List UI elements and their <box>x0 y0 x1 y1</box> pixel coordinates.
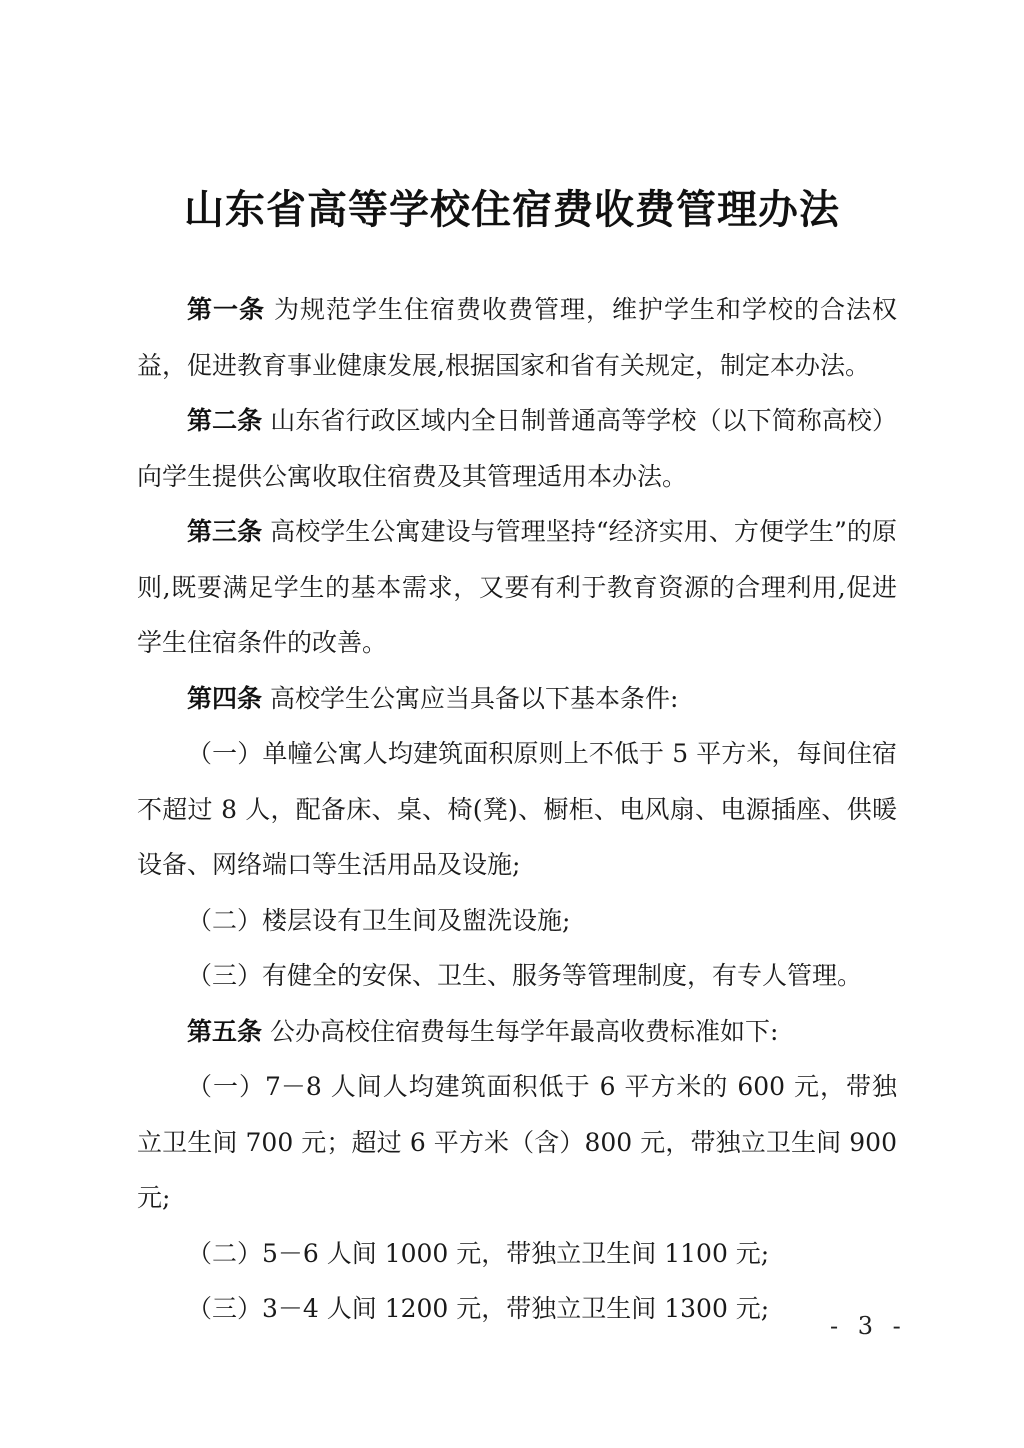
item-text: （三）3－4 人间 1200 元，带独立卫生间 1300 元; <box>187 1294 769 1323</box>
article-text: 公办高校住宿费每生每学年最高收费标准如下: <box>262 1017 778 1046</box>
document-title: 山东省高等学校住宿费收费管理办法 <box>0 180 1024 240</box>
article-label: 第五条 <box>187 1017 262 1046</box>
item-text: （二）5－6 人间 1000 元，带独立卫生间 1100 元; <box>187 1239 769 1268</box>
item-text: （二）楼层设有卫生间及盥洗设施; <box>187 906 570 935</box>
article-1: 第一条 为规范学生住宿费收费管理，维护学生和学校的合法权益，促进教育事业健康发展… <box>137 282 897 393</box>
article-3: 第三条 高校学生公寓建设与管理坚持“经济实用、方便学生”的原则,既要满足学生的基… <box>137 504 897 671</box>
article-5-item-1: （一）7－8 人间人均建筑面积低于 6 平方米的 600 元，带独立卫生间 70… <box>137 1059 897 1226</box>
item-text: （三）有健全的安保、卫生、服务等管理制度，有专人管理。 <box>187 961 862 990</box>
article-label: 第四条 <box>187 684 262 713</box>
article-2: 第二条 山东省行政区域内全日制普通高等学校（以下简称高校）向学生提供公寓收取住宿… <box>137 393 897 504</box>
article-label: 第三条 <box>187 517 262 546</box>
article-4-item-3: （三）有健全的安保、卫生、服务等管理制度，有专人管理。 <box>137 948 897 1004</box>
item-text: （一）单幢公寓人均建筑面积原则上不低于 5 平方米，每间住宿不超过 8 人，配备… <box>137 739 897 879</box>
item-text: （一）7－8 人间人均建筑面积低于 6 平方米的 600 元，带独立卫生间 70… <box>137 1072 897 1212</box>
page-number: - 3 - <box>830 1312 907 1340</box>
article-5: 第五条 公办高校住宿费每生每学年最高收费标准如下: <box>137 1004 897 1060</box>
article-4-item-1: （一）单幢公寓人均建筑面积原则上不低于 5 平方米，每间住宿不超过 8 人，配备… <box>137 726 897 893</box>
article-4-item-2: （二）楼层设有卫生间及盥洗设施; <box>137 893 897 949</box>
article-5-item-2: （二）5－6 人间 1000 元，带独立卫生间 1100 元; <box>137 1226 897 1282</box>
article-label: 第二条 <box>187 406 262 435</box>
document-body: 第一条 为规范学生住宿费收费管理，维护学生和学校的合法权益，促进教育事业健康发展… <box>137 282 897 1337</box>
document-page: 山东省高等学校住宿费收费管理办法 第一条 为规范学生住宿费收费管理，维护学生和学… <box>0 0 1024 1448</box>
article-4: 第四条 高校学生公寓应当具备以下基本条件: <box>137 671 897 727</box>
article-label: 第一条 <box>187 295 265 324</box>
article-text: 高校学生公寓应当具备以下基本条件: <box>262 684 678 713</box>
article-5-item-3: （三）3－4 人间 1200 元，带独立卫生间 1300 元; <box>137 1281 897 1337</box>
